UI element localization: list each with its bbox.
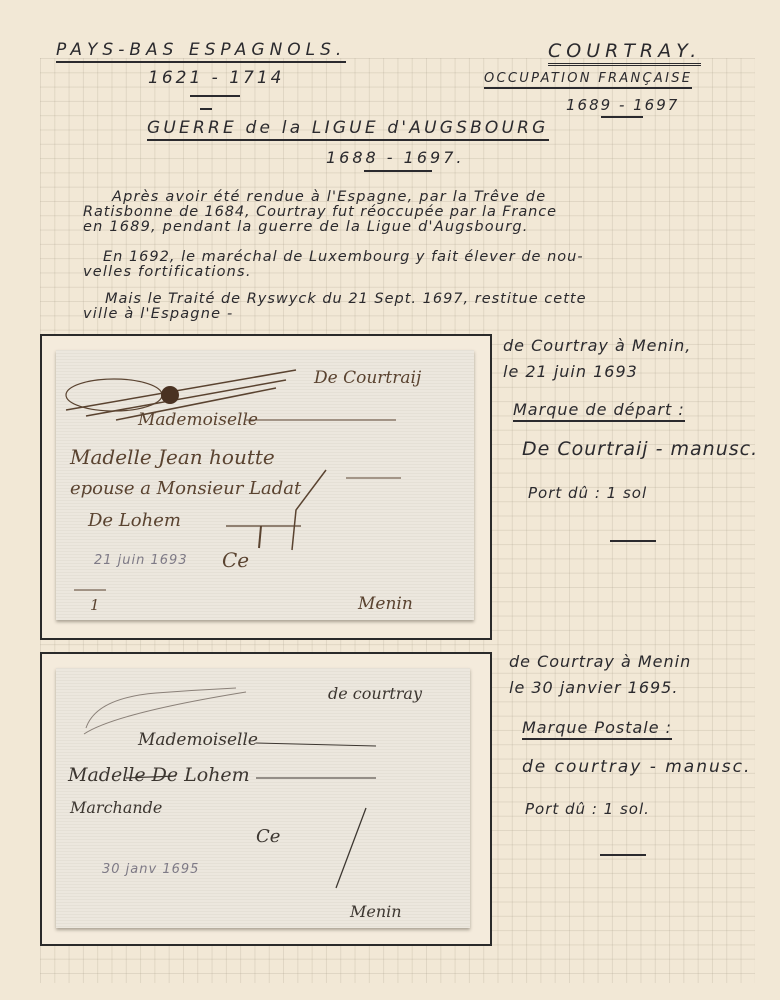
paragraph-1-line-3: en 1689, pendant la guerre de la Ligue d… [83, 220, 529, 235]
cover-2-mark-value: de courtray - manusc. [522, 757, 751, 777]
right-subtitle: OCCUPATION FRANÇAISE [484, 71, 692, 89]
center-title: GUERRE de la LIGUE d'AUGSBOURG [147, 118, 549, 141]
cover-2-letter: de courtray Mademoiselle Madelle De Lohe… [56, 668, 470, 928]
album-page: PAYS-BAS ESPAGNOLS. 1621 - 1714 COURTRAY… [0, 0, 780, 1000]
cover-2-origin-mark: de courtray [328, 684, 422, 703]
cover-1-date: le 21 juin 1693 [503, 362, 638, 381]
cover-2-address-line-3: Marchande [70, 798, 162, 817]
cover-1-mark-value: De Courtraij - manusc. [522, 438, 758, 460]
cover-1-rate: 1 [90, 596, 100, 614]
cover-1-origin-mark: De Courtraij [314, 368, 421, 388]
cover-2-postage: Port dû : 1 sol. [525, 800, 650, 818]
left-dash [200, 108, 212, 110]
cover-2-route: de Courtray à Menin [509, 652, 691, 671]
left-dates: 1621 - 1714 [148, 68, 284, 88]
cover-2-separator [600, 854, 646, 856]
cover-1-address-line-1: Mademoiselle [138, 410, 258, 430]
cover-2-mark-label: Marque Postale : [522, 718, 672, 740]
cover-2-address-line-2: Madelle De Lohem [68, 764, 250, 786]
right-dates: 1689 - 1697 [566, 96, 679, 114]
paragraph-1-line-2: Ratisbonne de 1684, Courtray fut réoccup… [83, 205, 557, 220]
cover-2-date: le 30 janvier 1695. [509, 678, 678, 697]
cover-1-address-line-2: Madelle Jean houtte [70, 445, 275, 469]
cover-1-address-line-4: De Lohem [88, 510, 181, 531]
paragraph-3-line-1: Mais le Traité de Ryswyck du 21 Sept. 16… [105, 292, 587, 307]
cover-1-address-line-3: epouse a Monsieur Ladat [70, 478, 301, 499]
cover-2-pencil-date: 30 janv 1695 [102, 862, 199, 877]
cover-1-postage: Port dû : 1 sol [528, 484, 647, 502]
cover-1-mark-label: Marque de départ : [513, 400, 685, 422]
cover-2-destination: Menin [350, 902, 402, 921]
cover-2-extra-mark: Ce [256, 826, 280, 847]
cover-1-destination: Menin [358, 594, 413, 614]
cover-2-address-line-1: Mademoiselle [138, 730, 258, 750]
cover-1-pencil-date: 21 juin 1693 [94, 553, 188, 568]
right-title: COURTRAY. [548, 40, 701, 66]
center-dates-underline [364, 170, 432, 172]
cover-1-extra-mark: Ce [222, 548, 249, 572]
cover-2-frame: de courtray Mademoiselle Madelle De Lohe… [40, 652, 492, 946]
cover-1-separator [610, 540, 656, 542]
center-dates: 1688 - 1697. [326, 148, 464, 167]
cover-1-route: de Courtray à Menin, [503, 336, 691, 355]
paragraph-2-line-2: velles fortifications. [83, 265, 252, 280]
paragraph-3-line-2: ville à l'Espagne - [83, 307, 233, 322]
paragraph-2-line-1: En 1692, le maréchal de Luxembourg y fai… [103, 250, 584, 265]
cover-1-letter: De Courtraij Mademoiselle Madelle Jean h… [56, 350, 474, 620]
cover-1-frame: De Courtraij Mademoiselle Madelle Jean h… [40, 334, 492, 640]
right-dates-underline [601, 116, 643, 118]
left-dates-underline [190, 95, 240, 97]
paragraph-1-line-1: Après avoir été rendue à l'Espagne, par … [112, 190, 546, 205]
left-title: PAYS-BAS ESPAGNOLS. [56, 40, 346, 63]
